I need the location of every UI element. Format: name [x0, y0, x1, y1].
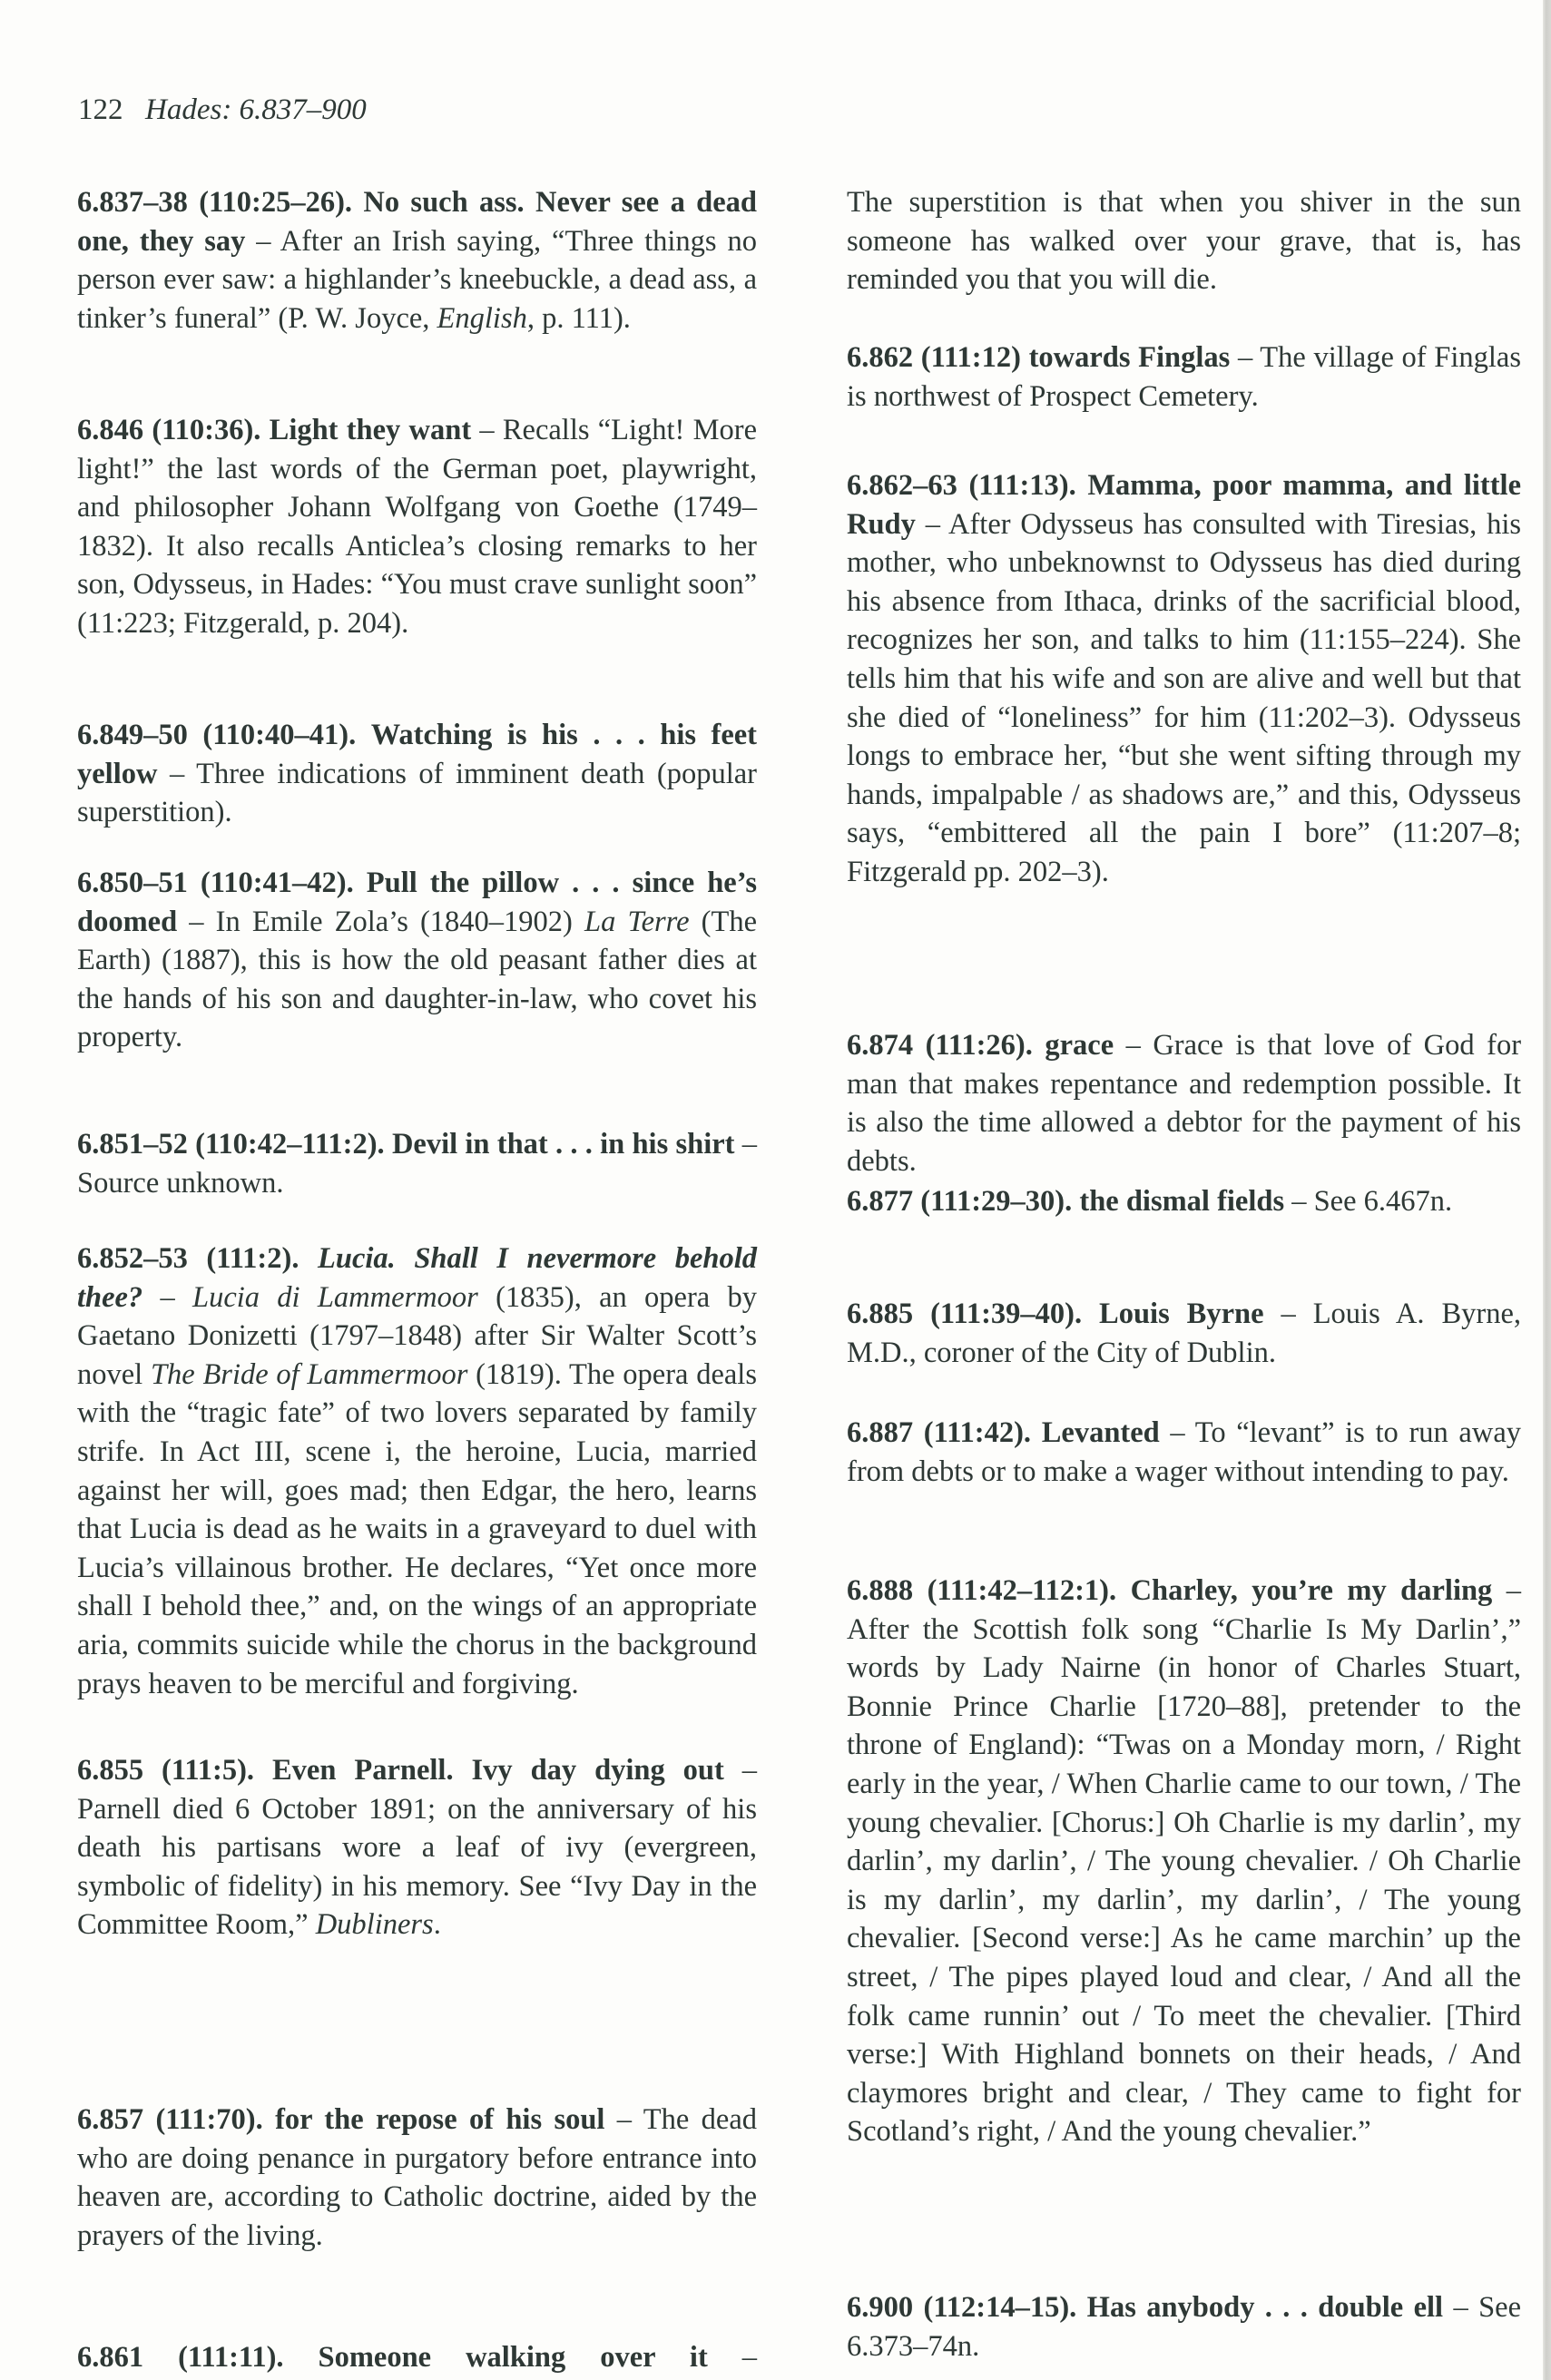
entry-text: .	[434, 1908, 441, 1941]
entry-text: –	[708, 2341, 757, 2374]
entry-lemma: the dismal fields	[1079, 1185, 1284, 1218]
annotation-entry-6-874: 6.874 (111:26). grace – Grace is that lo…	[847, 1026, 1521, 1180]
entry-text: (1819). The opera deals with the “tragic…	[77, 1358, 757, 1700]
entry-reference: 6.857 (111:70).	[77, 2103, 263, 2136]
annotation-entry-6-846: 6.846 (110:36). Light they want – Recall…	[77, 411, 757, 643]
annotation-entry-6-849: 6.849–50 (110:40–41). Watching is his . …	[77, 716, 757, 832]
entry-text: – In Emile Zola’s (1840–1902)	[177, 906, 584, 938]
entry-reference: 6.837–38 (110:25–26).	[77, 186, 352, 219]
entry-reference: 6.855 (111:5).	[77, 1754, 254, 1787]
entry-text: – See 6.467n.	[1284, 1185, 1452, 1218]
entry-reference: 6.851–52 (110:42–111:2).	[77, 1128, 385, 1161]
entry-title-italic: Lucia di Lammermoor	[192, 1281, 478, 1314]
entry-reference: 6.877 (111:29–30).	[847, 1185, 1072, 1218]
annotation-entry-6-852: 6.852–53 (111:2). Lucia. Shall I nevermo…	[77, 1239, 757, 1703]
entry-lemma: Devil in that . . . in his shirt	[392, 1128, 735, 1161]
entry-lemma: Charley, you’re my darling	[1131, 1574, 1493, 1607]
annotation-entry-6-861: 6.861 (111:11). Someone walking over it …	[77, 2338, 757, 2377]
entry-lemma: towards Finglas	[1029, 341, 1231, 374]
entry-lemma: Has anybody . . . double ell	[1087, 2291, 1443, 2324]
entry-reference: 6.852–53 (111:2).	[77, 1242, 299, 1275]
entry-lemma: Light they want	[270, 414, 472, 446]
annotation-continuation-6-861: The superstition is that when you shiver…	[847, 183, 1521, 299]
entry-text: – After Odysseus has consulted with Tire…	[847, 508, 1521, 888]
entry-lemma: for the repose of his soul	[275, 2103, 604, 2136]
page-number: 122	[78, 91, 145, 130]
entry-title-italic: The Bride of Lammermoor	[151, 1358, 467, 1391]
entry-reference: 6.874 (111:26).	[847, 1029, 1033, 1062]
entry-text: – Three indications of imminent death (p…	[77, 758, 757, 829]
annotation-entry-6-850: 6.850–51 (110:41–42). Pull the pillow . …	[77, 864, 757, 1057]
annotation-entry-6-900: 6.900 (112:14–15). Has anybody . . . dou…	[847, 2288, 1521, 2365]
entry-text: –	[142, 1281, 192, 1314]
annotation-entry-6-877: 6.877 (111:29–30). the dismal fields – S…	[847, 1182, 1521, 1221]
entry-text: , p. 111).	[527, 302, 631, 335]
entry-reference: 6.887 (111:42).	[847, 1416, 1031, 1449]
annotation-entry-6-862: 6.862 (111:12) towards Finglas – The vil…	[847, 338, 1521, 416]
page-edge-strip	[1543, 0, 1551, 2380]
entry-reference: 6.849–50 (110:40–41).	[77, 719, 356, 751]
entry-reference: 6.900 (112:14–15).	[847, 2291, 1076, 2324]
entry-reference: 6.888 (111:42–112:1).	[847, 1574, 1116, 1607]
annotation-entry-6-857: 6.857 (111:70). for the repose of his so…	[77, 2101, 757, 2255]
entry-title-italic: La Terre	[584, 906, 690, 938]
entry-reference: 6.862–63 (111:13).	[847, 469, 1076, 502]
annotation-entry-6-855: 6.855 (111:5). Even Parnell. Ivy day dyi…	[77, 1751, 757, 1944]
annotation-entry-6-888: 6.888 (111:42–112:1). Charley, you’re my…	[847, 1572, 1521, 2151]
entry-text: – Recalls “Light! More light!” the last …	[77, 414, 757, 640]
entry-text: The superstition is that when you shiver…	[847, 186, 1521, 296]
entry-reference: 6.861 (111:11).	[77, 2341, 284, 2374]
annotation-entry-6-837: 6.837–38 (110:25–26). No such ass. Never…	[77, 183, 757, 338]
annotation-entry-6-887: 6.887 (111:42). Levanted – To “levant” i…	[847, 1414, 1521, 1491]
entry-text: – After the Scottish folk song “Charlie …	[847, 1574, 1521, 2148]
annotation-entry-6-851: 6.851–52 (110:42–111:2). Devil in that .…	[77, 1125, 757, 1202]
entry-lemma: Louis Byrne	[1099, 1298, 1264, 1330]
entry-reference: 6.850–51 (110:41–42).	[77, 867, 354, 899]
entry-lemma: Even Parnell. Ivy day dying out	[272, 1754, 724, 1787]
running-head: 122Hades: 6.837–900	[78, 91, 367, 130]
annotation-entry-6-862-63: 6.862–63 (111:13). Mamma, poor mamma, an…	[847, 466, 1521, 892]
entry-title-italic: Dubliners	[316, 1908, 434, 1941]
entry-reference: 6.885 (111:39–40).	[847, 1298, 1082, 1330]
entry-lemma: grace	[1045, 1029, 1114, 1062]
entry-reference: 6.862 (111:12)	[847, 341, 1021, 374]
annotation-entry-6-885: 6.885 (111:39–40). Louis Byrne – Louis A…	[847, 1295, 1521, 1372]
entry-lemma: Someone walking over it	[319, 2341, 708, 2374]
entry-reference: 6.846 (110:36).	[77, 414, 260, 446]
section-title: Hades: 6.837–900	[145, 93, 367, 126]
entry-lemma: Levanted	[1042, 1416, 1160, 1449]
entry-title-italic: English	[437, 302, 527, 335]
